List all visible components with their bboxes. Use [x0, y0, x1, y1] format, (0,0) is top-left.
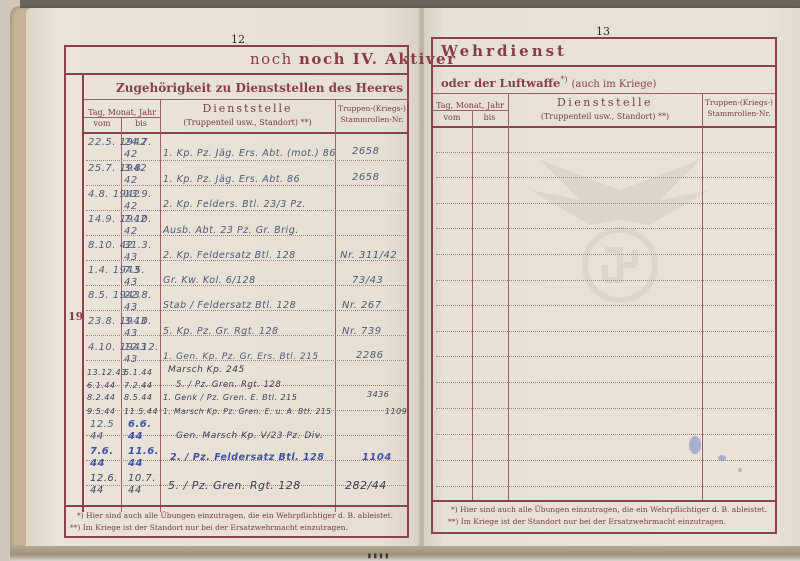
divider [431, 65, 777, 67]
col-from: vom [84, 119, 120, 129]
divider [64, 73, 409, 75]
entry-to: 8.5.44 [124, 393, 152, 402]
divider [431, 500, 777, 502]
entry-to: 12.12. 43 [124, 342, 160, 366]
entry-unit: Marsch Kp. 245 [168, 365, 245, 375]
footnote-1: *) Hier sind auch alle Übungen einzutrag… [77, 510, 393, 522]
entry-roll: 2658 [352, 172, 379, 183]
footnote-1: *) Hier sind auch alle Übungen einzutrag… [451, 504, 767, 516]
footnote-mark: *) [560, 75, 567, 84]
entry-from: 6.1.44 [87, 381, 115, 390]
left-subtitle: Zugehörigkeit zu Dienststellen des Heere… [116, 81, 403, 95]
entry-roll: 73/43 [352, 275, 383, 286]
row-line [436, 356, 774, 357]
entry-from: 8.2.44 [87, 393, 115, 402]
entry-unit: 5. / Pz. Gren. Rgt. 128 [168, 479, 301, 492]
col-line [335, 100, 336, 512]
ink-stain-icon [680, 430, 750, 480]
entry-to: 5.1.44 [124, 368, 152, 377]
book-edge [10, 545, 800, 561]
entry-to: 22.8. 43 [124, 290, 160, 314]
entry-roll: Nr. 311/42 [340, 250, 397, 261]
divider [433, 110, 508, 111]
row-line [436, 152, 774, 153]
entry-from: 12.5 44 [90, 419, 120, 443]
entry-unit: 2. / Pz. Feldersatz Btl. 128 [170, 452, 324, 463]
row-line [436, 331, 774, 332]
entry-from: 13.12.43 [87, 368, 127, 377]
row-line [436, 228, 774, 229]
entry-to: 11.6. 44 [128, 446, 158, 470]
col-unit-sub: (Truppenteil usw., Standort) **) [508, 112, 702, 122]
spine-mark: ▮▮▮▮ [367, 551, 390, 560]
entry-roll: Nr. 267 [342, 300, 382, 311]
entry-to: 7.10. 42 [124, 214, 160, 238]
divider [84, 117, 160, 118]
divider [433, 126, 775, 128]
col-from: vom [433, 113, 471, 123]
row-line [436, 486, 774, 487]
left-header-title: noch noch IV. Aktiver [250, 50, 457, 68]
divider [84, 132, 409, 134]
entry-roll: Nr. 739 [342, 326, 382, 337]
col-roll-sub: Stammrollen-Nr. [336, 115, 408, 125]
row-line [436, 280, 774, 281]
col-line [121, 117, 122, 512]
col-unit: Dienststelle [508, 98, 702, 108]
entry-to: 3.8. 42 [124, 163, 160, 187]
divider [433, 93, 775, 94]
entry-unit: 1. Marsch Kp. Pz. Gren. E. u. A. Btl. 21… [163, 407, 331, 416]
eagle-watermark-icon [520, 150, 720, 310]
row-line [436, 408, 774, 409]
entry-unit: Gr. Kw. Kol. 6/128 [163, 275, 256, 286]
entry-to: 3.10. 43 [124, 316, 160, 340]
col-line [508, 94, 509, 500]
entry-unit: 1. Kp. Pz. Jäg. Ers. Abt. (mot.) 86 [163, 148, 336, 159]
entry-unit: Stab / Feldersatz Btl. 128 [163, 300, 296, 311]
col-unit: Dienststelle [160, 104, 335, 114]
footnote-2: **) Im Kriege ist der Standort nur bei d… [448, 516, 726, 528]
entry-roll: 282/44 [345, 479, 387, 492]
col-roll-sub: Stammrollen-Nr. [703, 109, 775, 119]
row-line [436, 203, 774, 204]
col-unit-sub: (Truppenteil usw., Standort) **) [160, 118, 335, 128]
entry-to: 7.5. 43 [124, 265, 160, 289]
entry-unit: 1. Genk / Pz. Gren. E. Btl. 215 [163, 393, 297, 402]
entry-to: 13.9. 42 [124, 189, 160, 213]
entry-unit: 1. Kp. Pz. Jäg. Ers. Abt. 86 [163, 174, 300, 185]
entry-to: 10.7. 44 [128, 473, 158, 497]
top-shadow [20, 0, 800, 8]
entry-unit: Gen. Marsch Kp. V/23 Pz. Div. [176, 431, 323, 441]
entry-to: 7.2.44 [124, 381, 152, 390]
side-number: 19 [68, 310, 83, 323]
entry-roll: 1104 [362, 452, 392, 463]
row-line [436, 305, 774, 306]
entry-roll: 1109 [385, 407, 407, 416]
subtitle-bold: oder der Luftwaffe [441, 76, 560, 90]
entry-to: 24.7. 42 [124, 137, 160, 161]
entry-from: 12.6. 44 [90, 473, 120, 497]
entry-roll: 2658 [352, 146, 379, 157]
subtitle-rest: (auch im Kriege) [571, 79, 656, 90]
entry-to: 31.3. 43 [124, 240, 160, 264]
row-line [436, 254, 774, 255]
entry-unit: Ausb. Abt. 23 Pz. Gr. Brig. [163, 225, 299, 236]
entry-roll: 3436 [367, 390, 389, 399]
entry-unit: 1. Gen. Kp. Pz. Gr. Ers. Btl. 215 [163, 352, 319, 362]
col-to: bis [472, 113, 507, 123]
footnote-2: **) Im Kriege ist der Standort nur bei d… [70, 522, 348, 534]
row-line [436, 177, 774, 178]
divider [84, 99, 409, 100]
col-roll: Truppen-(Kriegs-) [703, 98, 775, 108]
col-roll: Truppen-(Kriegs-) [336, 104, 408, 114]
right-subtitle: oder der Luftwaffe*) (auch im Kriege) [441, 75, 656, 90]
col-line [160, 100, 161, 512]
divider [64, 505, 409, 507]
noch-label: noch [250, 50, 299, 68]
entry-unit: 2. Kp. Feldersatz Btl. 128 [163, 250, 296, 261]
entry-to: 6.6. 44 [128, 419, 158, 443]
entry-to: 11.5.44 [124, 407, 158, 416]
entry-from: 9.5.44 [87, 407, 115, 416]
entry-unit: 2. Kp. Felders. Btl. 23/3 Pz. [163, 199, 306, 210]
entry-roll: 2286 [356, 350, 383, 361]
entry-unit: 5. Kp. Pz. Gr. Rgt. 128 [163, 326, 279, 337]
entry-from: 7.6. 44 [90, 446, 120, 470]
row-line [436, 382, 774, 383]
divider [82, 75, 84, 512]
col-to: bis [121, 119, 161, 129]
entry-unit: 5. / Pz. Gren. Rgt. 128 [176, 380, 281, 390]
right-header-title: Wehrdienst [441, 42, 567, 60]
